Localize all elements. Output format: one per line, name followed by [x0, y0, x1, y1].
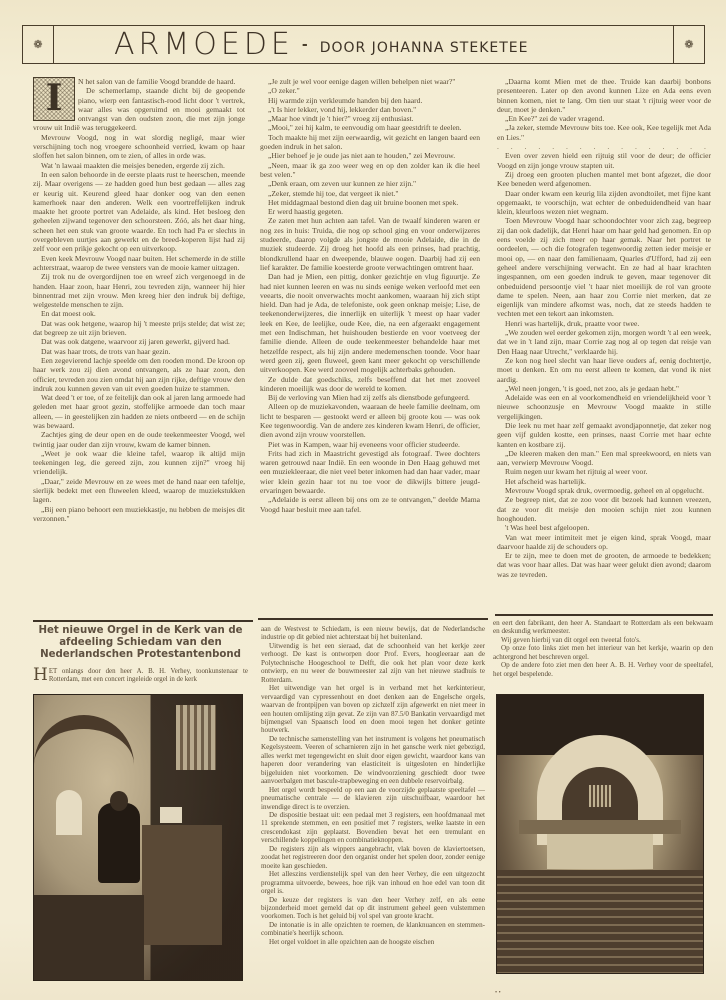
paragraph: De intonatie is in alle opzichten te roe…	[261, 921, 485, 938]
divider-rule	[258, 618, 488, 620]
section-separator: . . . . . . . . . . . . . . . . . . . . …	[497, 142, 711, 151]
paragraph: Adelaide was een en al voorkomendheid en…	[497, 393, 711, 421]
paragraph: Een zegevierend lachje speelde om den ro…	[33, 356, 245, 393]
story-column-3-paragraphs-after: Even over zeven hield een rijtuig stil v…	[497, 151, 711, 579]
paragraph: 't Was heel best afgeloopen.	[497, 523, 711, 532]
paragraph: „'t Is hier lekker, vond hij, lekkerder …	[260, 105, 480, 114]
paragraph: „Weet je ook waar die kleine tafel, waar…	[33, 449, 245, 477]
paragraph: Op onze foto links ziet men het interieu…	[493, 644, 713, 661]
paragraph: Mevrouw Voogd, nog in wat slordig neglig…	[33, 133, 245, 161]
paragraph: „Neen, maar ik ga zoo weer weg en op den…	[260, 161, 480, 180]
paragraph: Het alleszins verdienstelijk spel van de…	[261, 870, 485, 895]
paragraph: En dat moest ook.	[33, 309, 245, 318]
paragraph: „Adelaide is eerst alleen bij ons om ze …	[260, 495, 480, 514]
paragraph: De keuze der registers is van den heer V…	[261, 896, 485, 921]
paragraph: „Je zult je wel voor eenige dagen willen…	[260, 77, 480, 86]
paragraph: „Denk eraan, om zeven uur kunnen ze hier…	[260, 179, 480, 188]
decorative-dropcap-icon: I	[33, 77, 75, 121]
paragraph: In een salon behoorde in de eerste plaat…	[33, 170, 245, 254]
paragraph: Daar onder kwam een keurig lila zijden a…	[497, 189, 711, 217]
paragraph: aan de Westvest te Schiedam, is een nieu…	[261, 625, 485, 642]
paragraph: De dispositie bestaat uit: een pedaal me…	[261, 811, 485, 845]
article-column-2: aan de Westvest te Schiedam, is een nieu…	[261, 625, 485, 946]
story-column-3: „Daarna komt Mien met de thee. Truide ka…	[497, 77, 711, 579]
paragraph: Alleen op de muziekavonden, waaraan de h…	[260, 402, 480, 439]
left-ornament-icon: ❁	[23, 26, 54, 63]
photo-balcony-shape	[519, 820, 681, 834]
paragraph: Mevrouw Voogd sprak druk, overmoedig, ge…	[497, 486, 711, 495]
paragraph: Op de andere foto ziet men den heer A. B…	[493, 661, 713, 678]
intro-initial: H	[33, 668, 48, 683]
divider-rule	[33, 620, 253, 622]
article-intro: H ET onlangs door den heer A. B. H. Verh…	[33, 668, 248, 685]
intro-text: ET onlangs door den heer A. B. H. Verhey…	[49, 668, 248, 683]
magazine-page: ❁ ARMOEDE - DOOR JOHANNA STEKETEE ❁ I N …	[0, 0, 726, 1000]
paragraph: Dat was ook hetgene, waarop hij 't meest…	[33, 319, 245, 338]
paragraph: Dat was ook datgene, waarvoor zij jaren …	[33, 337, 245, 346]
paragraph: Er werd haastig gegeten.	[260, 207, 480, 216]
photo-organist-head-shape	[110, 791, 128, 811]
paragraph: Zij trok nu de overgordijnen toe en wree…	[33, 272, 245, 309]
story-title: ARMOEDE	[114, 27, 294, 62]
paragraph: De technische samenstelling van het inst…	[261, 735, 485, 786]
divider-rule	[495, 614, 713, 616]
paragraph: „Maar hoe vindt je 't hier?" vroeg zij e…	[260, 114, 480, 123]
paragraph: Even over zeven hield een rijtuig stil v…	[497, 151, 711, 170]
photo-organ-pipes-shape	[176, 705, 216, 770]
paragraph: Ze dulde dat goedschiks, zelfs beseffend…	[260, 375, 480, 394]
article-column-2-paragraphs: aan de Westvest te Schiedam, is een nieu…	[261, 625, 485, 946]
paragraph: Toen Mevrouw Voogd haar schoondochter vo…	[497, 216, 711, 318]
paragraph: Er te zijn, mee te doen met de grooten, …	[497, 551, 711, 579]
title-dash: -	[302, 37, 308, 53]
paragraph: Even keek Mevrouw Voogd naar buiten. Het…	[33, 254, 245, 273]
photo-console-shape	[142, 825, 222, 945]
paragraph: Ze kon nog heel slecht van haar lieve ou…	[497, 356, 711, 384]
paragraph: Van wat meer intimiteit met je eigen kin…	[497, 533, 711, 552]
photo-pews-shape	[497, 870, 703, 973]
paragraph: „En Kee?" zei de vader vragend.	[497, 114, 711, 123]
article-column-3: en eert den fabrikant, den heer A. Stand…	[493, 619, 713, 678]
paragraph: „Hier behoef je je oude jas niet aan te …	[260, 151, 480, 160]
paragraph: „Bij een piano behoort een muziekkastje,…	[33, 505, 245, 524]
story-byline: DOOR JOHANNA STEKETEE	[320, 40, 529, 56]
paragraph: Wij geven hierbij van dit orgel een twee…	[493, 636, 713, 644]
paragraph: „We zouden wel eerder gekomen zijn, morg…	[497, 328, 711, 356]
paragraph: Dan had je Mien, een pittig, donker gezi…	[260, 272, 480, 374]
paragraph: „Daarna komt Mien met de thee. Truide ka…	[497, 77, 711, 114]
paragraph: Ze begreep niet, dat ze zoo voor dit bez…	[497, 495, 711, 523]
paragraph: „Zeker, stemde hij toe, dat vergeet ik n…	[260, 189, 480, 198]
story-column-1: I N het salon van de familie Voogd brand…	[33, 77, 245, 523]
photo-organist-shape	[98, 803, 140, 883]
paragraph: Wat deed 't er toe, of ze feitelijk dan …	[33, 393, 245, 430]
story-column-1-paragraphs: N het salon van de familie Voogd brandde…	[33, 77, 245, 523]
paragraph: Het afscheid was hartelijk.	[497, 477, 711, 486]
page-marker: • •	[495, 990, 501, 996]
paragraph: Zachtjes ging de deur open en de oude te…	[33, 430, 245, 449]
paragraph: „De kleeren maken den man." Een mal spre…	[497, 449, 711, 468]
photo-organ-pipes-shape	[589, 785, 611, 807]
paragraph: en eert den fabrikant, den heer A. Stand…	[493, 619, 713, 636]
paragraph: „Daar," zeide Mevrouw en ze wees met de …	[33, 477, 245, 505]
paragraph: Het orgel wordt bespeeld op een aan de v…	[261, 786, 485, 811]
paragraph: Uitwendig is het een sieraad, dat de sch…	[261, 642, 485, 684]
paragraph: „Mooi," zei hij kalm, te eenvoudig om ha…	[260, 123, 480, 132]
story-title-banner: ❁ ARMOEDE - DOOR JOHANNA STEKETEE ❁	[22, 25, 705, 64]
story-column-2-paragraphs: „Je zult je wel voor eenige dagen willen…	[260, 77, 480, 514]
photo-organist-at-console	[33, 694, 243, 981]
photo-music-sheet-shape	[160, 807, 182, 823]
paragraph: Piet was in Kampen, waar hij eveneens vo…	[260, 440, 480, 449]
paragraph: „Wel neen jongen, 't is goed, net zoo, a…	[497, 384, 711, 393]
paragraph: Zij droeg een grooten pluchen mantel met…	[497, 170, 711, 189]
right-ornament-icon: ❁	[673, 26, 704, 63]
paragraph: Bij de verloving van Mien had zij zelfs …	[260, 393, 480, 402]
paragraph: Die leek nu met haar zelf gemaakt avondj…	[497, 421, 711, 449]
paragraph: Ze zaten met hun achten aan tafel. Van d…	[260, 216, 480, 272]
photo-wall-shape	[547, 834, 653, 869]
paragraph: Dat was haar trots, de trots van haar ge…	[33, 347, 245, 356]
paragraph: Het orgel voldoet in alle opzichten aan …	[261, 938, 485, 946]
paragraph: Het uitwendige van het orgel is in verba…	[261, 684, 485, 735]
paragraph: Frits had zich in Maastricht gevestigd a…	[260, 449, 480, 495]
story-column-2: „Je zult je wel voor eenige dagen willen…	[260, 77, 480, 514]
paragraph: „Ja zeker, stemde Mevrouw bits toe. Kee …	[497, 123, 711, 142]
paragraph: Toch maakte hij met zijn eerwaardig, wit…	[260, 133, 480, 152]
paragraph: Henri was hartelijk, druk, praatte voor …	[497, 319, 711, 328]
article-headline: Het nieuwe Orgel in de Kerk van de afdee…	[33, 625, 248, 661]
photo-church-interior	[496, 694, 704, 974]
paragraph: De registers zijn als wippers aangebrach…	[261, 845, 485, 870]
paragraph: Hij warmde zijn verkleumde handen bij de…	[260, 96, 480, 105]
paragraph: Ruim negen uur kwam het rijtuig al weer …	[497, 467, 711, 476]
paragraph: Wat 'n lawaai maakten die meisjes benede…	[33, 161, 245, 170]
story-column-3-paragraphs-before: „Daarna komt Mien met de thee. Truide ka…	[497, 77, 711, 142]
paragraph: „O zeker."	[260, 86, 480, 95]
photo-floor-shape	[34, 895, 144, 980]
article-column-3-paragraphs: en eert den fabrikant, den heer A. Stand…	[493, 619, 713, 678]
title-wrap: ARMOEDE - DOOR JOHANNA STEKETEE	[54, 26, 673, 63]
paragraph: Het middagmaal bestond dien dag uit brui…	[260, 198, 480, 207]
